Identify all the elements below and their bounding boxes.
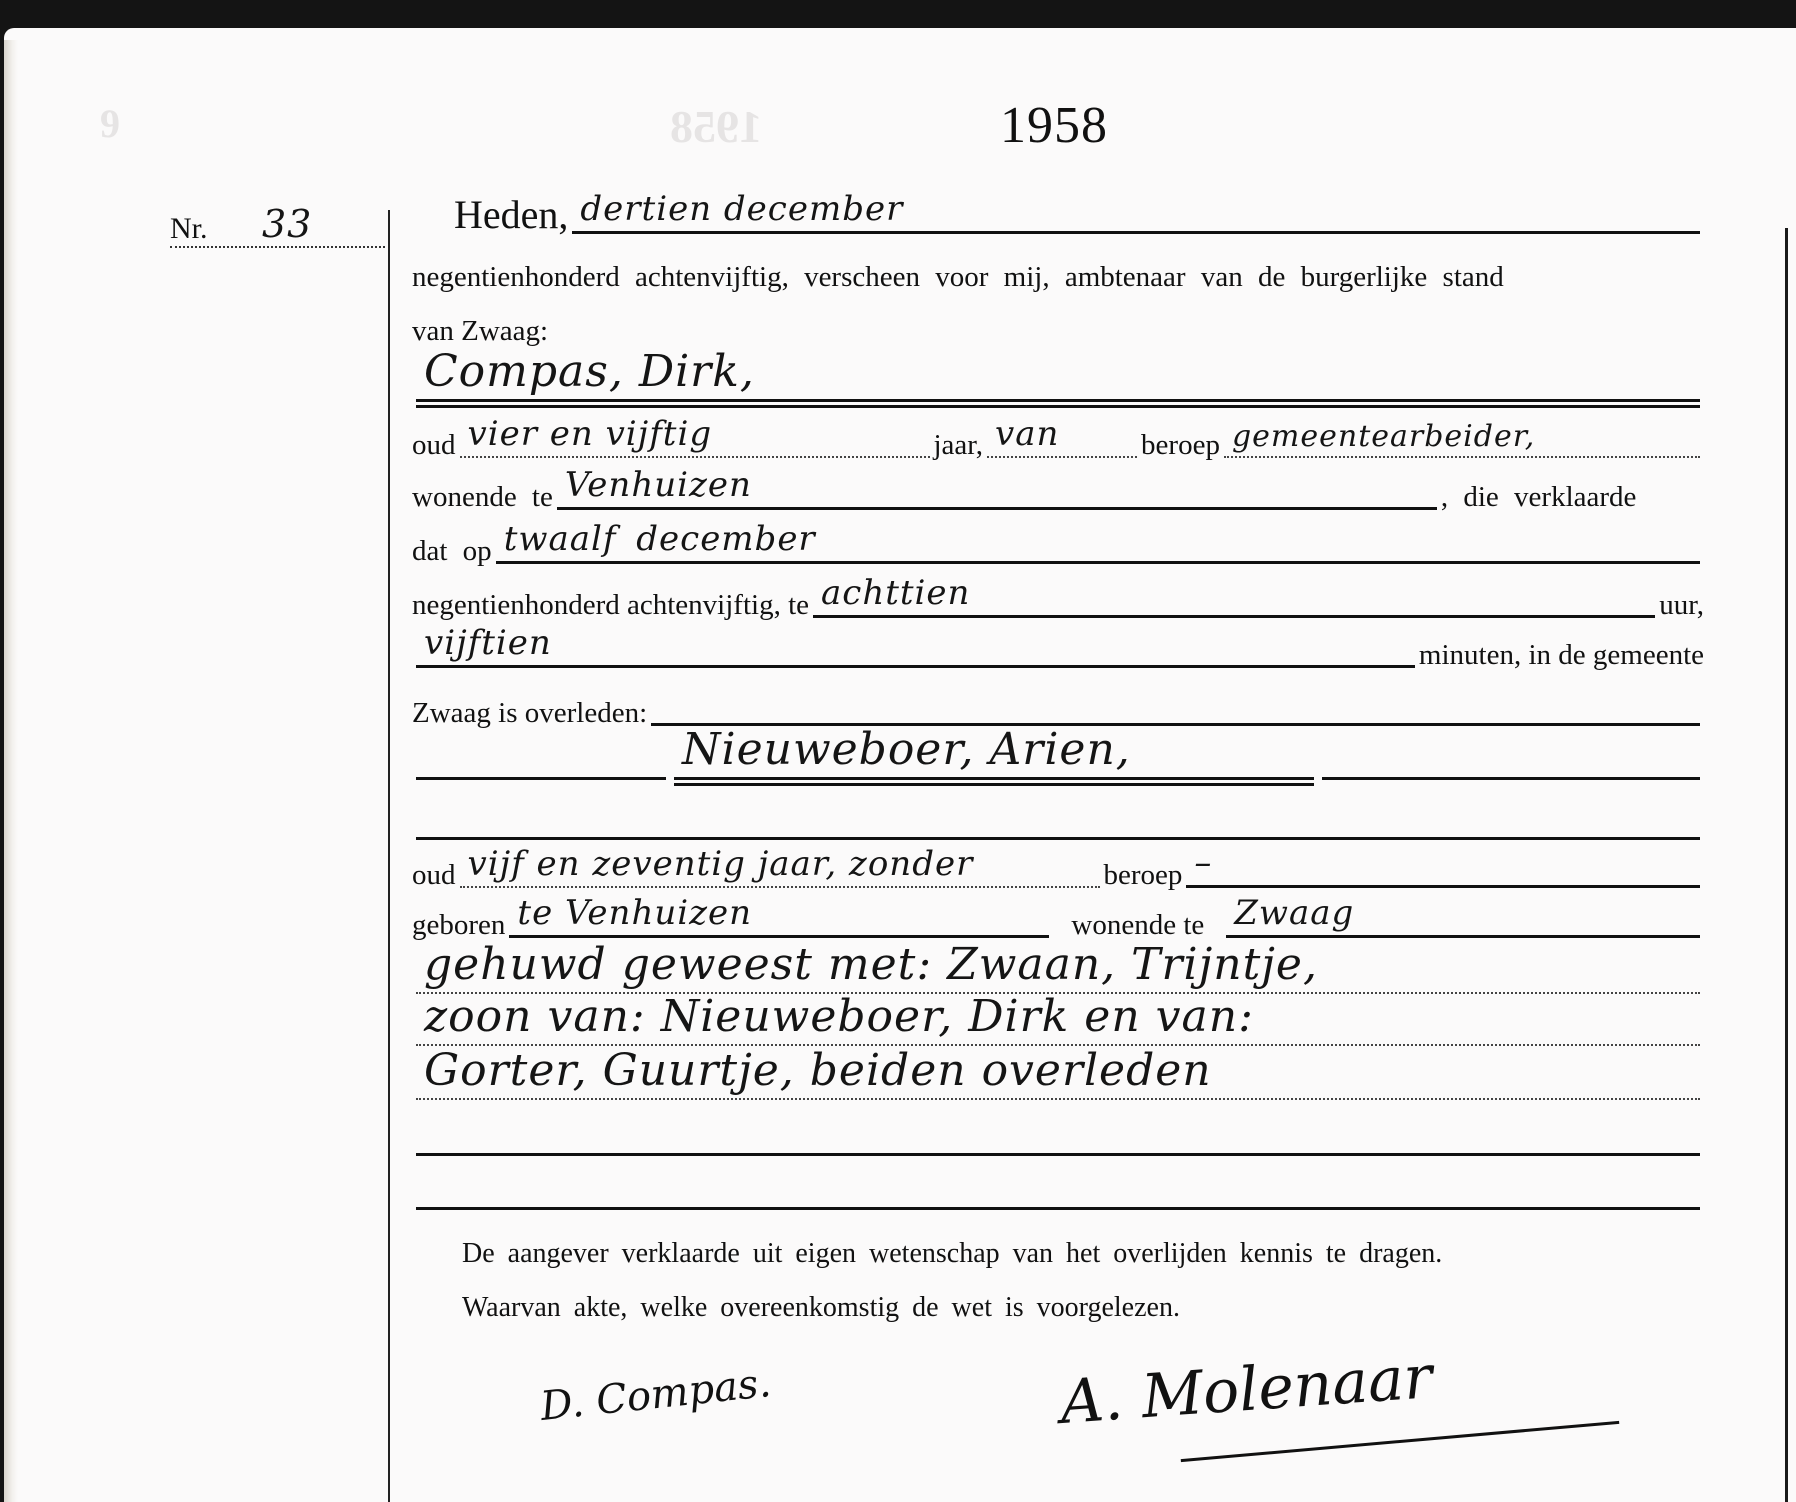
label-jaar: jaar,	[934, 429, 984, 464]
hand-deceased-residence: Zwaag	[1234, 893, 1354, 933]
line-date: Heden, dertien december	[412, 200, 1704, 240]
label-beroep: beroep	[1141, 429, 1220, 464]
field-deceased-post	[1322, 743, 1700, 780]
label-wonende-te: wonende te	[412, 481, 553, 516]
field-deceased-pre	[416, 743, 666, 780]
field-deceased-name: Nieuweboer, Arien,	[674, 743, 1314, 780]
line-death-date: dat op twaalf december	[412, 530, 1704, 570]
line-parents-mother: Gorter, Guurtje, beiden overleden	[412, 1066, 1704, 1106]
line-deceased-birthplace: geboren te Venhuizen wonende te Zwaag	[412, 904, 1704, 944]
printed-year-official: negentienhonderd achtenvijftig, verschee…	[412, 261, 1504, 296]
field-blank-2	[416, 1119, 1700, 1156]
field-overleden-rest	[651, 689, 1700, 726]
hand-spouse: gehuwd geweest met: Zwaan, Trijntje,	[424, 939, 1318, 990]
field-spouse: gehuwd geweest met: Zwaan, Trijntje,	[416, 958, 1700, 994]
line-municipality: van Zwaag:	[412, 310, 1704, 350]
ghost-mark: 9	[100, 100, 120, 147]
line-blank-1	[412, 806, 1704, 846]
hand-father: zoon van: Nieuweboer, Dirk en van:	[424, 991, 1254, 1042]
field-blank-1	[416, 803, 1700, 840]
ghost-year-bleedthrough: 1958	[670, 100, 762, 153]
label-beroep-2: beroep	[1104, 859, 1183, 894]
margin-divider	[388, 210, 390, 1502]
printed-van-zwaag: van Zwaag:	[412, 315, 548, 350]
line-year-text: negentienhonderd achtenvijftig, verschee…	[412, 256, 1704, 296]
field-deceased-residence: Zwaag	[1226, 901, 1700, 938]
line-declarant-residence: wonende te Venhuizen , die verklaarde	[412, 476, 1704, 516]
hand-mother: Gorter, Guurtje, beiden overleden	[424, 1045, 1212, 1096]
label-oud-2: oud	[412, 859, 456, 894]
line-death-hour: negentienhonderd achtenvijftig, te achtt…	[412, 584, 1704, 624]
label-year-te: negentienhonderd achtenvijftig, te	[412, 589, 809, 624]
field-blank-3	[416, 1173, 1700, 1210]
closing-statement-1: De aangever verklaarde uit eigen wetensc…	[462, 1238, 1442, 1270]
closing-statement-2: Waarvan akte, welke overeenkomstig de we…	[462, 1292, 1180, 1324]
field-death-hour: achttien	[813, 581, 1655, 618]
page-spine	[4, 40, 18, 1502]
record-number: Nr. 33	[170, 212, 385, 248]
hand-deceased-occupation: –	[1194, 843, 1212, 883]
label-heden: Heden,	[412, 191, 568, 240]
hand-declarant-residence: Venhuizen	[565, 465, 752, 505]
hand-deceased-name: Nieuweboer, Arien,	[682, 724, 1131, 775]
field-father: zoon van: Nieuweboer, Dirk en van:	[416, 1010, 1700, 1046]
hand-birthplace: te Venhuizen	[517, 893, 752, 933]
line-blank-3	[412, 1176, 1704, 1216]
line-deceased-age: oud vijf en zeventig jaar, zonder beroep…	[412, 854, 1704, 894]
label-uur: uur,	[1659, 589, 1704, 624]
hand-declarant-occupation: gemeentearbeider,	[1232, 419, 1535, 454]
hand-van: van	[995, 414, 1059, 454]
register-year: 1958	[1000, 96, 1108, 155]
hand-declarant-name: Compas, Dirk,	[424, 346, 755, 397]
field-birthplace: te Venhuizen	[509, 901, 1049, 938]
line-blank-2	[412, 1122, 1704, 1162]
hand-death-hour: achttien	[821, 573, 970, 613]
page-edge-rule	[1785, 228, 1788, 1502]
line-declarant: Compas, Dirk,	[412, 368, 1704, 408]
record-number-value: 33	[262, 202, 312, 244]
line-death-minutes: vijftien minuten, in de gemeente	[412, 634, 1704, 674]
field-deceased-age: vijf en zeventig jaar, zonder	[460, 852, 1100, 888]
label-minuten: minuten, in de gemeente	[1419, 639, 1704, 674]
label-oud: oud	[412, 429, 456, 464]
label-dat-op: dat op	[412, 535, 492, 570]
field-declarant-name: Compas, Dirk,	[416, 365, 1700, 402]
hand-declarant-age: vier en vijftig	[468, 414, 713, 454]
field-declarant-age: vier en vijftig	[460, 422, 930, 458]
field-deceased-occupation: –	[1186, 851, 1700, 888]
field-mother: Gorter, Guurtje, beiden overleden	[416, 1064, 1700, 1100]
hand-death-minutes: vijftien	[424, 623, 552, 663]
field-death-date: twaalf december	[496, 527, 1700, 564]
field-declarant-occupation: gemeentearbeider,	[1224, 422, 1700, 458]
hand-death-date: twaalf december	[504, 519, 816, 559]
field-declarant-residence: Venhuizen	[557, 473, 1437, 510]
line-declarant-age: oud vier en vijftig jaar, van beroep gem…	[412, 424, 1704, 464]
hand-date: dertien december	[580, 189, 903, 229]
hand-deceased-age: vijf en zeventig jaar, zonder	[468, 844, 974, 884]
line-deceased-name: Nieuweboer, Arien,	[412, 746, 1704, 786]
label-zwaag-overleden: Zwaag is overleden:	[412, 697, 647, 732]
record-number-label: Nr.	[170, 212, 208, 245]
field-death-minutes: vijftien	[416, 631, 1415, 668]
label-die-verklaarde: , die verklaarde	[1441, 481, 1637, 516]
field-date: dertien december	[572, 197, 1700, 234]
field-van: van	[987, 422, 1137, 458]
